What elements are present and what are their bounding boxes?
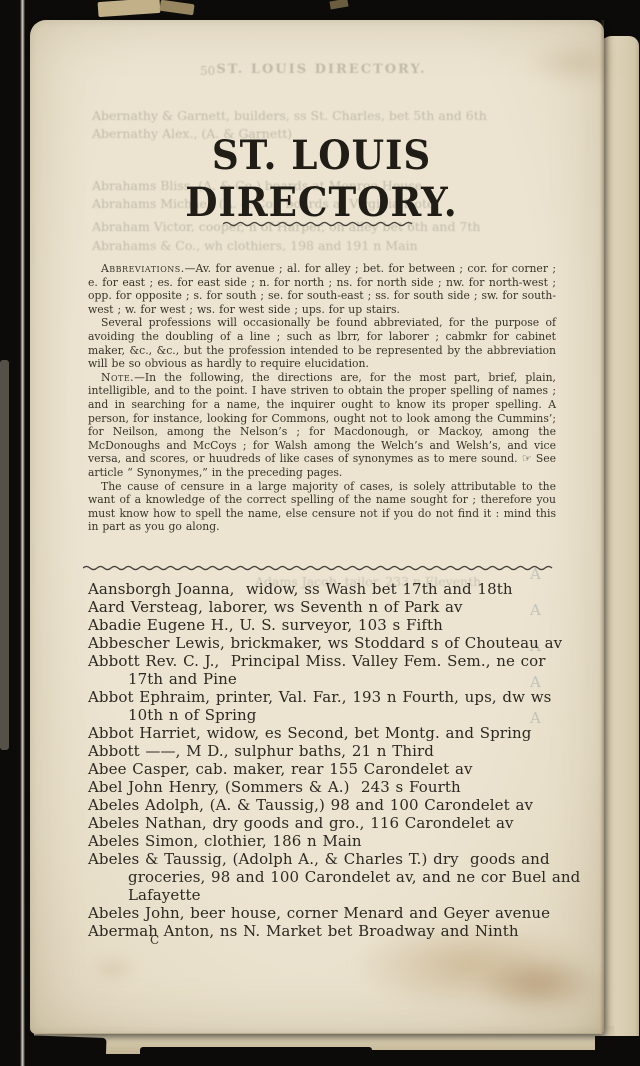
directory-entry-line: Abel John Henry, (Sommers & A.) 243 s Fo… [88,778,568,796]
directory-entry-line: Abeles Adolph, (A. & Taussig,) 98 and 10… [88,796,568,814]
abbreviations-paragraph: Abbreviations.—Av. for avenue ; al. for … [88,262,556,316]
ghost-line: Abrahams & Co., wh clothiers, 198 and 19… [92,238,418,253]
paper-stain [90,958,136,978]
torn-page-edge [595,1036,640,1066]
wavy-divider-middle [83,564,553,572]
paper-fragment [329,0,348,10]
introduction-block: Abbreviations.—Av. for avenue ; al. for … [88,262,556,534]
note-paragraph: Note.—In the following, the directions a… [88,371,556,480]
underlying-page-edge [598,36,639,1038]
directory-entry-line: groceries, 98 and 100 Carondelet av, and… [88,868,568,886]
directory-page: 50 ST. LOUIS DIRECTORY. Abernathy & Garn… [30,20,604,1034]
directory-entry-line: Abbott Rev. C. J., Principal Miss. Valle… [88,652,568,670]
page-holder-wire [20,0,25,1066]
page-right-crease [600,20,604,1033]
censure-paragraph: The cause of censure in a large majority… [88,480,556,534]
directory-entry-line: 10th n of Spring [88,706,568,724]
directory-entry-line: Aansborgh Joanna, widow, ss Wash bet 17t… [88,580,568,598]
abbreviations-lead: Abbreviations. [101,262,185,275]
directory-entry-line: Abbescher Lewis, brickmaker, ws Stoddard… [88,634,568,652]
directory-entry-line: 17th and Pine [88,670,568,688]
directory-entry-line: Abeles Simon, clothier, 186 n Main [88,832,568,850]
note-lead: Note. [101,371,134,384]
ghost-running-head: ST. LOUIS DIRECTORY. [88,62,555,77]
directory-entry-line: Abbot Ephraim, printer, Val. Far., 193 n… [88,688,568,706]
page-title: ST. LOUIS DIRECTORY. [104,132,538,226]
ghost-line: Abernathy & Garnett, builders, ss St. Ch… [92,108,487,123]
signature-mark: C [150,933,159,947]
paper-stain [525,40,625,86]
directory-list: Aansborgh Joanna, widow, ss Wash bet 17t… [88,580,568,940]
professions-paragraph: Several professions will occasionally be… [88,316,556,370]
directory-entry-line: Abeles & Taussig, (Adolph A., & Charles … [88,850,568,868]
photographed-book-scene: 50 ST. LOUIS DIRECTORY. Abernathy & Garn… [0,0,640,1066]
paper-fragment [159,0,194,15]
directory-entry-line: Abbott ——, M D., sulphur baths, 21 n Thi… [88,742,568,760]
censure-text: The cause of censure in a large majority… [88,480,556,534]
directory-entry-line: Abeles John, beer house, corner Menard a… [88,904,568,922]
directory-entry-line: Abee Casper, cab. maker, rear 155 Carond… [88,760,568,778]
directory-entry-line: Abeles Nathan, dry goods and gro., 116 C… [88,814,568,832]
torn-page-edge [140,1047,372,1066]
directory-entry-line: Lafayette [88,886,568,904]
torn-page-edge [0,1034,107,1066]
note-text: —In the following, the directions are, f… [88,371,556,479]
paper-fragment [98,0,161,17]
directory-entry-line: Aard Versteag, laborer, ws Seventh n of … [88,598,568,616]
professions-text: Several professions will occasionally be… [88,316,556,370]
paper-stain [475,955,605,1015]
directory-entry-line: Abbot Harriet, widow, es Second, bet Mon… [88,724,568,742]
directory-entry-line: Abadie Eugene H., U. S. surveyor, 103 s … [88,616,568,634]
book-gutter-edge [0,360,9,750]
wavy-divider-top [223,220,419,228]
